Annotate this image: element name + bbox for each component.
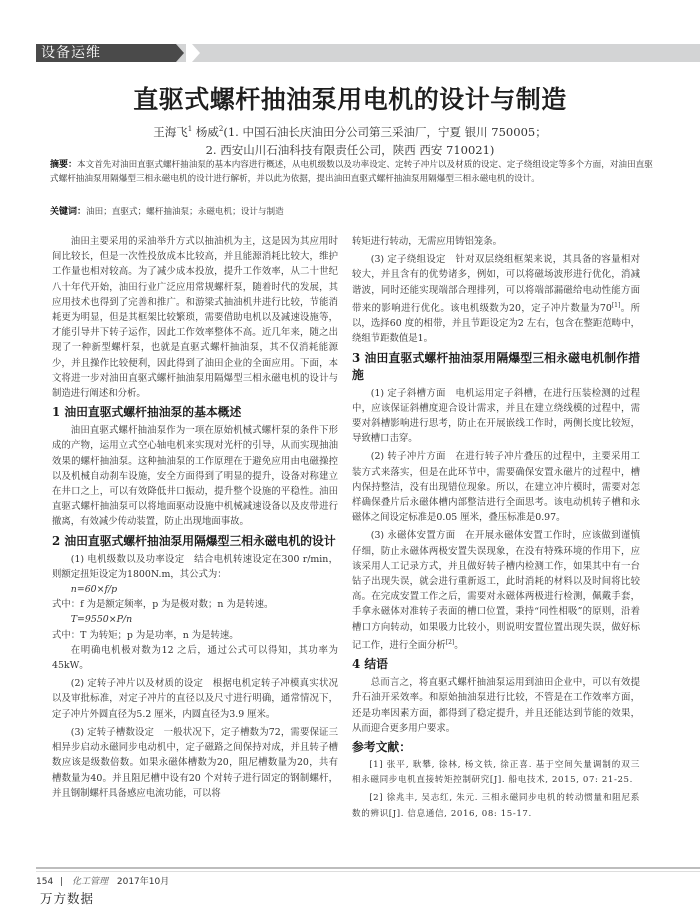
author-block: 王海飞1 杨威2(1. 中国石油长庆油田分公司第三采油厂，宁夏 银川 75000… [0, 120, 700, 159]
paragraph-text: (3) 永磁体安置方面 在开展永磁体安置工作时，应该做到谨慎仔细，防止永磁体两极… [352, 530, 640, 651]
affiliation: 2. 西安山川石油科技有限责任公司，陕西 西安 710021) [206, 143, 495, 157]
paragraph: (3) 永磁体安置方面 在开展永磁体安置工作时，应该做到谨慎仔细，防止永磁体两极… [352, 528, 640, 653]
article-title: 直驱式螺杆抽油泵用电机的设计与制造 [0, 80, 700, 116]
formula-note: 式中：T 为转矩；p 为是功率，n 为是转速。 [52, 628, 338, 643]
paragraph: 在明确电机极对数为12 之后，通过公式可以得知，其功率为45kW。 [52, 643, 338, 673]
paragraph: (1) 定子斜槽方面 电机运用定子斜槽，在进行压装检测的过程中，应该保证斜槽度迎… [352, 386, 640, 447]
references-heading: 参考文献： [352, 739, 640, 756]
author-line-1: 王海飞1 杨威2(1. 中国石油长庆油田分公司第三采油厂，宁夏 银川 75000… [0, 120, 700, 141]
abstract: 摘要：本文首先对油田直驱式螺杆抽油泵的基本内容进行概述，从电机级数以及功率设定、… [50, 159, 660, 186]
formula: n=60×f/p [52, 582, 338, 597]
body-column-right: 转矩进行转动，无需应用铸铝笼条。 (3) 定子绕组设定 针对双层绕组框架来说，其… [352, 234, 640, 822]
paragraph: 转矩进行转动，无需应用铸铝笼条。 [352, 234, 640, 249]
section-heading-3: 3 油田直驱式螺杆抽油泵用隔爆型三相永磁电机制作措施 [352, 350, 640, 384]
affiliation: (1. 中国石油长庆油田分公司第三采油厂，宁夏 银川 750005； [223, 125, 546, 139]
paragraph: 油田直驱式螺杆抽油泵作为一项在原始机械式螺杆泵的条件下形成的产物，运用立式空心轴… [52, 423, 338, 529]
reference-item: [2] 徐兆丰, 吴志红, 朱元. 三相永磁同步电机的转动惯量和阻尼系数的辨识[… [352, 791, 640, 821]
paragraph: (2) 转子冲片方面 在进行转子冲片叠压的过程中，主要采用工装方式来落实，但是在… [352, 449, 640, 525]
footer-divider-thin [36, 871, 700, 872]
paragraph: (3) 定转子槽数设定 一般状况下，定子槽数为72，需要保证三相异步启动永磁同步… [52, 725, 338, 801]
section-heading-4: 4 结语 [352, 656, 640, 673]
author-affil-mark: 1 [188, 125, 192, 133]
formula-note: 式中：f 为是额定频率，p 为是极对数；n 为是转速。 [52, 597, 338, 612]
page-footer: 154 | 化工管理 2017年10月 [36, 876, 169, 888]
footer-separator: | [60, 877, 63, 887]
journal-name: 化工管理 [72, 877, 108, 887]
section-label: 设备运维 [41, 44, 101, 62]
section-heading-1: 1 油田直驱式螺杆抽油泵的基本概述 [52, 404, 338, 421]
issue-date: 2017年10月 [117, 877, 169, 887]
formula: T=9550×P/n [52, 612, 338, 627]
author-name: 王海飞 [153, 125, 188, 139]
keywords-text: 油田；直驱式；螺杆抽油泵；永磁电机；设计与制造 [86, 207, 284, 217]
abstract-label: 摘要： [50, 160, 77, 170]
abstract-text: 本文首先对油田直驱式螺杆抽油泵的基本内容进行概述，从电机级数以及功率设定、定转子… [50, 160, 653, 184]
citation-ref: [2] [446, 639, 455, 646]
wanfang-watermark: 万方数据 [40, 889, 94, 907]
body-column-left: 油田主要采用的采油举升方式以抽油机为主，这是因为其应用时间比较长，但是一次性投放… [52, 234, 338, 801]
paragraph: (1) 电机级数以及功率设定 结合电机转速设定在300 r/min，则额定扭矩设… [52, 552, 338, 582]
paragraph: 总而言之，将直驱式螺杆抽油泵运用到油田企业中，可以有效提升石油开采效率。和原始抽… [352, 675, 640, 736]
reference-item: [1] 张平, 耿攀, 徐林, 杨文铁, 徐正喜. 基于空间矢量调制的双三相永磁… [352, 758, 640, 788]
page-number: 154 [36, 877, 53, 887]
keywords-label: 关键词： [50, 207, 86, 217]
reference-list: [1] 张平, 耿攀, 徐林, 杨文铁, 徐正喜. 基于空间矢量调制的双三相永磁… [352, 758, 640, 822]
author-name: 杨威 [196, 125, 219, 139]
section-header-bar: 设备运维 [36, 44, 700, 62]
keywords: 关键词：油田；直驱式；螺杆抽油泵；永磁电机；设计与制造 [50, 206, 660, 219]
section-heading-2: 2 油田直驱式螺杆抽油泵用隔爆型三相永磁电机的设计 [52, 533, 338, 550]
paragraph: (3) 定子绕组设定 针对双层绕组框架来说，其具备的容量相对较大，并且含有的优势… [352, 252, 640, 346]
paragraph: (2) 定转子冲片以及材质的设定 根据电机定转子冲模真实状况以及审批标准，对定子… [52, 676, 338, 722]
paragraph: 油田主要采用的采油举升方式以抽油机为主，这是因为其应用时间比较长，但是一次性投放… [52, 234, 338, 401]
paragraph-text: (3) 定子绕组设定 针对双层绕组框架来说，其具备的容量相对较大，并且含有的优势… [352, 254, 640, 314]
author-line-2: 2. 西安山川石油科技有限责任公司，陕西 西安 710021) [0, 141, 700, 159]
footer-divider [36, 867, 700, 869]
paragraph-text: 。 [454, 640, 463, 651]
